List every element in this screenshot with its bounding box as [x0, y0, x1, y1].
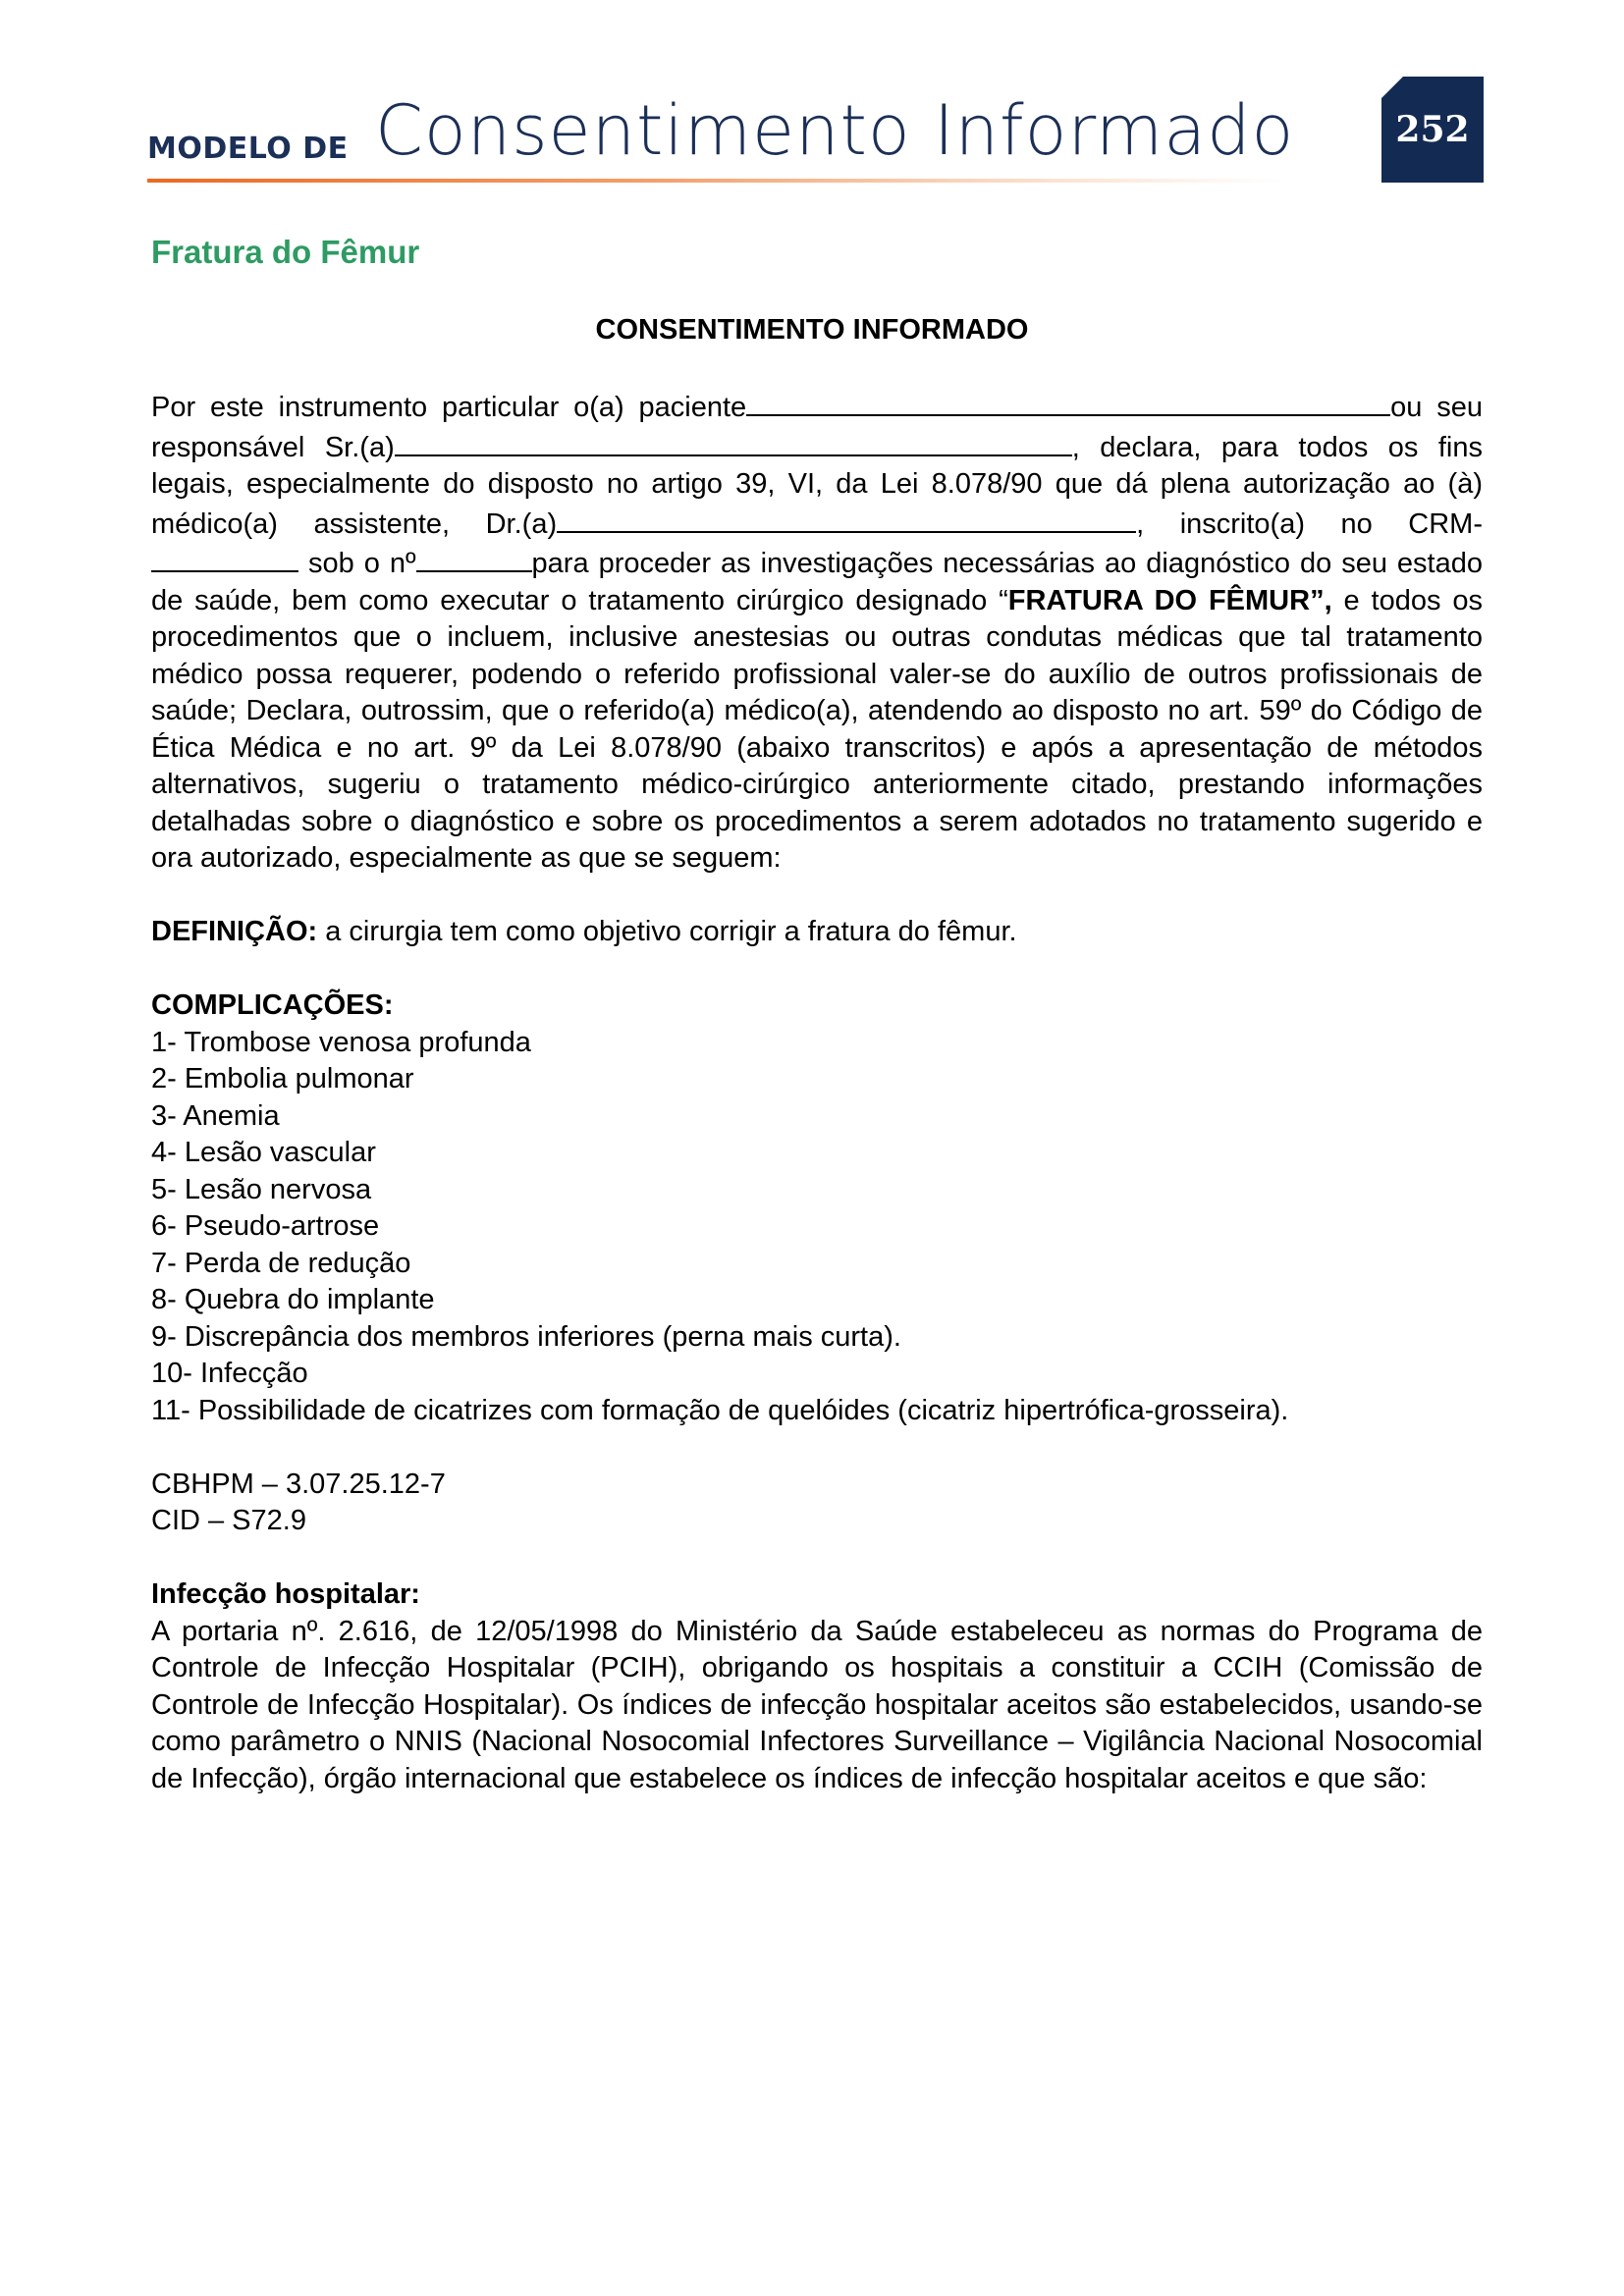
list-item: 9- Discrepância dos membros inferiores (… [151, 1319, 1483, 1357]
cbhpm-code: CBHPM – 3.07.25.12-7 [151, 1467, 1483, 1504]
consent-text: Por este instrumento particular o(a) pac… [151, 392, 746, 423]
consent-text: sob o nº [298, 548, 416, 579]
header-divider [147, 179, 1286, 183]
procedure-name: FRATURA DO FÊMUR”, [1008, 585, 1332, 616]
hospital-infection-text: A portaria nº. 2.616, de 12/05/1998 do M… [151, 1614, 1483, 1798]
consent-text: e todos os procedimentos que o incluem, … [151, 585, 1483, 875]
complications-list: 1- Trombose venosa profunda 2- Embolia p… [151, 1025, 1483, 1430]
list-item: 6- Pseudo-artrose [151, 1208, 1483, 1246]
crm-state-field[interactable] [151, 543, 298, 572]
section-title: Fratura do Fêmur [151, 234, 419, 271]
responsible-name-field[interactable] [395, 427, 1072, 456]
list-item: 7- Perda de redução [151, 1246, 1483, 1283]
complications-heading: COMPLICAÇÕES: [151, 989, 394, 1021]
crm-number-field[interactable] [416, 543, 532, 572]
header-title: Consentimento Informado [375, 90, 1294, 171]
header-prefix: MODELO DE [147, 132, 349, 166]
document-body: Por este instrumento particular o(a) pac… [151, 387, 1483, 1797]
hospital-infection-heading: Infecção hospitalar: [151, 1578, 420, 1610]
list-item: 2- Embolia pulmonar [151, 1061, 1483, 1098]
consent-paragraph: Por este instrumento particular o(a) pac… [151, 387, 1483, 878]
page-header: MODELO DE Consentimento Informado [147, 77, 1483, 194]
list-item: 3- Anemia [151, 1098, 1483, 1136]
list-item: 10- Infecção [151, 1356, 1483, 1393]
list-item: 4- Lesão vascular [151, 1135, 1483, 1172]
consent-text: , inscrito(a) no CRM- [1136, 508, 1483, 540]
definition: DEFINIÇÃO: a cirurgia tem como objetivo … [151, 914, 1483, 951]
document-heading: CONSENTIMENTO INFORMADO [0, 314, 1624, 347]
list-item: 1- Trombose venosa profunda [151, 1025, 1483, 1062]
cid-code: CID – S72.9 [151, 1503, 1483, 1540]
list-item: 8- Quebra do implante [151, 1282, 1483, 1319]
patient-name-field[interactable] [746, 387, 1390, 416]
page-number-badge: 252 [1381, 77, 1484, 183]
list-item: 11- Possibilidade de cicatrizes com form… [151, 1393, 1483, 1430]
complications-label: COMPLICAÇÕES: [151, 988, 1483, 1025]
list-item: 5- Lesão nervosa [151, 1172, 1483, 1209]
definition-text: a cirurgia tem como objetivo corrigir a … [317, 916, 1016, 947]
definition-label: DEFINIÇÃO: [151, 916, 317, 947]
hospital-infection-label: Infecção hospitalar: [151, 1576, 1483, 1614]
page-number: 252 [1395, 109, 1469, 150]
doctor-name-field[interactable] [557, 504, 1136, 533]
